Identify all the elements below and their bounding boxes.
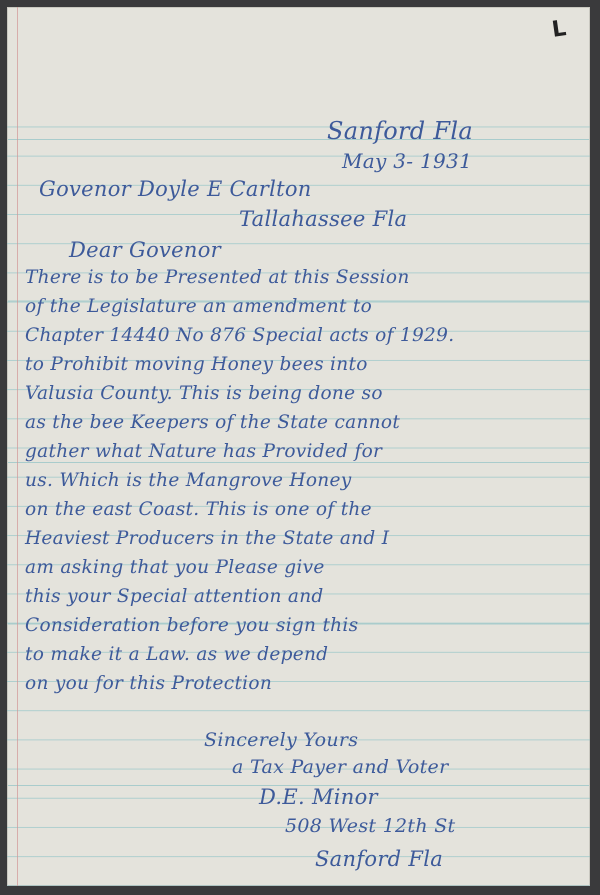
body-line: as the bee Keepers of the State cannot bbox=[25, 412, 400, 433]
address-city: Sanford Fla bbox=[315, 847, 443, 871]
letter-page: L Sanford Fla May 3- 1931 Govenor Doyle … bbox=[7, 7, 590, 886]
header-place: Sanford Fla bbox=[327, 117, 473, 145]
body-line: There is to be Presented at this Session bbox=[25, 267, 410, 288]
body-line: am asking that you Please give bbox=[25, 557, 325, 578]
valediction: Sincerely Yours bbox=[204, 729, 358, 751]
address-street: 508 West 12th St bbox=[285, 815, 456, 837]
recipient-name: Govenor Doyle E Carlton bbox=[39, 177, 312, 201]
body-line: gather what Nature has Provided for bbox=[25, 441, 382, 462]
recipient-city: Tallahassee Fla bbox=[239, 207, 407, 231]
body-line: to make it a Law. as we depend bbox=[25, 644, 328, 665]
body-line: to Prohibit moving Honey bees into bbox=[25, 354, 368, 375]
body-line: Heaviest Producers in the State and I bbox=[25, 528, 389, 549]
header-date: May 3- 1931 bbox=[342, 149, 472, 173]
closing-descriptor: a Tax Payer and Voter bbox=[232, 756, 448, 778]
signature: D.E. Minor bbox=[259, 785, 378, 809]
body-line: us. Which is the Mangrove Honey bbox=[25, 470, 352, 491]
body-line: Consideration before you sign this bbox=[25, 615, 358, 636]
body-line: Chapter 14440 No 876 Special acts of 192… bbox=[25, 325, 454, 346]
salutation: Dear Govenor bbox=[69, 238, 221, 262]
body-line: on the east Coast. This is one of the bbox=[25, 499, 372, 520]
body-line: on you for this Protection bbox=[25, 673, 272, 694]
archive-mark: L bbox=[550, 16, 567, 43]
body-line: this your Special attention and bbox=[25, 586, 324, 607]
body-line: Valusia County. This is being done so bbox=[25, 383, 383, 404]
body-line: of the Legislature an amendment to bbox=[25, 296, 372, 317]
margin-line bbox=[17, 7, 18, 886]
